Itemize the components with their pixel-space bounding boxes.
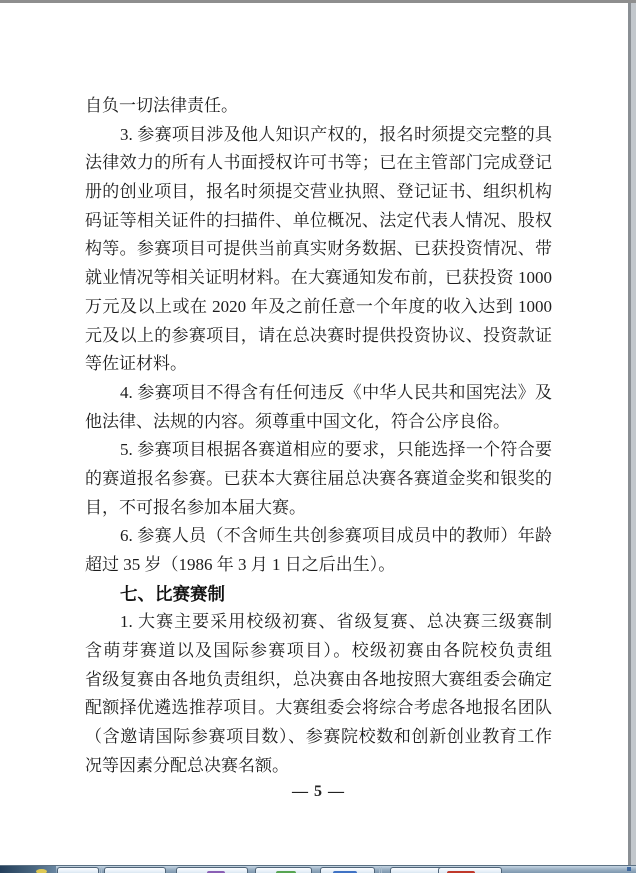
page-right-border — [628, 3, 631, 865]
taskbar-button[interactable] — [320, 867, 375, 873]
text-line: 元及以上的参赛项目，请在总决赛时提供投资协议、投资款证明 — [85, 322, 552, 351]
taskbar-button[interactable] — [104, 867, 166, 873]
text-line: 况等因素分配总决赛名额。 — [85, 752, 552, 781]
text-line: 等佐证材料。 — [85, 350, 552, 379]
text-line: 构等。参赛项目可提供当前真实财务数据、已获投资情况、带动 — [85, 235, 552, 264]
page-number: — 5 — — [85, 783, 552, 801]
text-line: 册的创业项目，报名时须提交营业执照、登记证书、组织机构代 — [85, 178, 552, 207]
text-line: 3. 参赛项目涉及他人知识产权的，报名时须提交完整的具有 — [85, 121, 552, 150]
text-line: 含萌芽赛道以及国际参赛项目）。校级初赛由各院校负责组织， — [85, 637, 552, 666]
text-line: 省级复赛由各地负责组织，总决赛由各地按照大赛组委会确定的 — [85, 666, 552, 695]
document-text: 自负一切法律责任。 3. 参赛项目涉及他人知识产权的，报名时须提交完整的具有 法… — [85, 92, 552, 781]
taskbar-button[interactable] — [57, 867, 99, 873]
text-line: 目，不可报名参加本届大赛。 — [85, 494, 552, 523]
taskbar-grip[interactable] — [99, 867, 102, 873]
text-line: 万元及以上或在 2020 年及之前任意一个年度的收入达到 1000 万 — [85, 293, 552, 322]
taskbar-button[interactable] — [438, 867, 502, 873]
tray-item-icon[interactable] — [627, 867, 631, 871]
taskbar-button[interactable] — [176, 867, 248, 873]
text-line: 配额择优遴选推荐项目。大赛组委会将综合考虑各地报名团队数 — [85, 694, 552, 723]
text-line: 就业情况等相关证明材料。在大赛通知发布前，已获投资 1000 — [85, 264, 552, 293]
text-line: 5. 参赛项目根据各赛道相应的要求，只能选择一个符合要求 — [85, 436, 552, 465]
text-line: 1. 大赛主要采用校级初赛、省级复赛、总决赛三级赛制（不 — [85, 608, 552, 637]
desktop: 自负一切法律责任。 3. 参赛项目涉及他人知识产权的，报名时须提交完整的具有 法… — [0, 0, 636, 873]
text-line: 超过 35 岁（1986 年 3 月 1 日之后出生）。 — [85, 551, 552, 580]
taskbar[interactable] — [0, 865, 636, 873]
text-line: 6. 参赛人员（不含师生共创参赛项目成员中的教师）年龄不 — [85, 522, 552, 551]
taskbar-grip[interactable] — [379, 867, 382, 873]
taskbar-button[interactable] — [255, 867, 312, 873]
text-line: 他法律、法规的内容。须尊重中国文化，符合公序良俗。 — [85, 408, 552, 437]
section-heading: 七、比赛赛制 — [85, 580, 552, 609]
text-line: （含邀请国际参赛项目数）、参赛院校数和创新创业教育工作情 — [85, 723, 552, 752]
start-button[interactable] — [0, 866, 56, 873]
text-line: 4. 参赛项目不得含有任何违反《中华人民共和国宪法》及其 — [85, 379, 552, 408]
text-line: 码证等相关证件的扫描件、单位概况、法定代表人情况、股权结 — [85, 207, 552, 236]
text-line: 的赛道报名参赛。已获本大赛往届总决赛各赛道金奖和银奖的项 — [85, 465, 552, 494]
text-line: 法律效力的所有人书面授权许可书等；已在主管部门完成登记注 — [85, 149, 552, 178]
window-top-border — [0, 0, 636, 3]
start-orb-icon — [36, 869, 47, 873]
text-line: 自负一切法律责任。 — [85, 92, 552, 121]
